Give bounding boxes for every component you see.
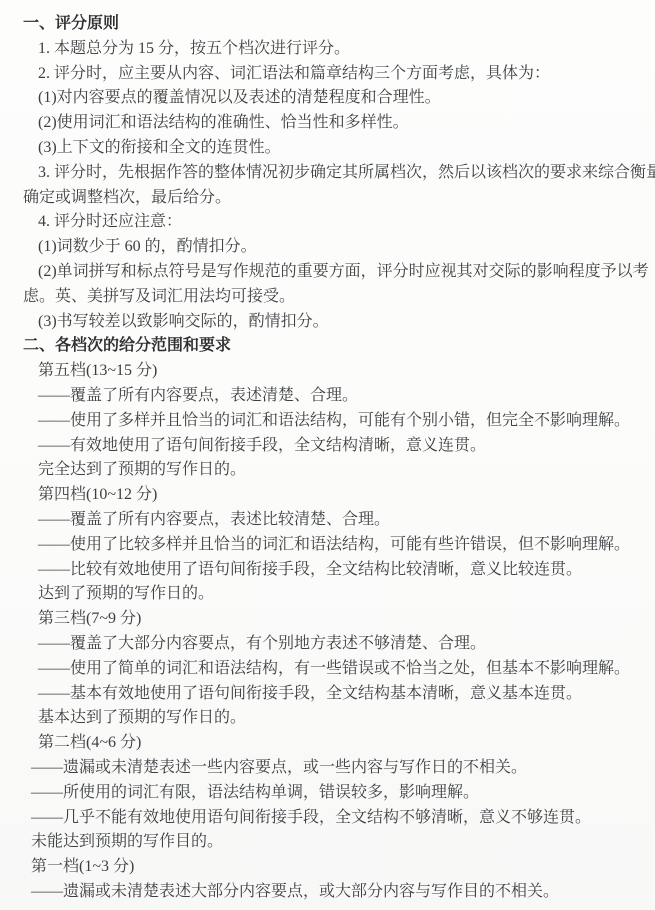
text-line: (3)书写较差以致影响交际的，酌情扣分。 [23, 310, 637, 335]
text-line: ——所使用的词汇有限，语法结构单调，错误较多，影响理解。 [23, 781, 637, 806]
text-line: 第一档(1~3 分) [23, 855, 637, 880]
text-line: ——比较有效地使用了语句间衔接手段，全文结构比较清晰，意义比较连贯。 [23, 558, 637, 583]
document-content: 一、评分原则1. 本题总分为 15 分，按五个档次进行评分。2. 评分时，应主要… [23, 12, 637, 905]
text-line: 未能达到预期的写作目的。 [23, 830, 637, 855]
text-line: 完全达到了预期的写作日的。 [23, 458, 637, 483]
text-line: 达到了预期的写作日的。 [23, 582, 637, 607]
text-line: (2)单词拼写和标点符号是写作规范的重要方面，评分时应视其对交际的影响程度予以考 [23, 260, 637, 285]
text-line: ——覆盖了所有内容要点，表述比较清楚、合理。 [23, 508, 637, 533]
text-line: ——覆盖了所有内容要点，表述清楚、合理。 [23, 384, 637, 409]
section-heading: 一、评分原则 [23, 12, 637, 37]
text-line: (3)上下文的衔接和全文的连贯性。 [23, 136, 637, 161]
text-line: 确定或调整档次，最后给分。 [23, 186, 637, 211]
text-line: ——覆盖了大部分内容要点，有个别地方表述不够清楚、合理。 [23, 632, 637, 657]
text-line: 第三档(7~9 分) [23, 607, 637, 632]
section-heading: 二、各档次的给分范围和要求 [23, 334, 637, 359]
text-line: 第四档(10~12 分) [23, 483, 637, 508]
text-line: ——使用了简单的词汇和语法结构，有一些错误或不恰当之处，但基本不影响理解。 [23, 657, 637, 682]
text-line: ——使用了多样并且恰当的词汇和语法结构，可能有个别小错，但完全不影响理解。 [23, 409, 637, 434]
text-line: ——遗漏或未清楚表述一些内容要点，或一些内容与写作日的不相关。 [23, 756, 637, 781]
text-line: ——基本有效地使用了语句间衔接手段，全文结构基本清晰，意义基本连贯。 [23, 682, 637, 707]
text-line: 1. 本题总分为 15 分，按五个档次进行评分。 [23, 37, 637, 62]
text-line: ——几乎不能有效地使用语句间衔接手段，全文结构不够清晰，意义不够连贯。 [23, 806, 637, 831]
text-line: (1)词数少于 60 的，酌情扣分。 [23, 235, 637, 260]
text-line: (2)使用词汇和语法结构的准确性、恰当性和多样性。 [23, 111, 637, 136]
text-line: ——使用了比较多样并且恰当的词汇和语法结构，可能有些许错误，但不影响理解。 [23, 533, 637, 558]
text-line: 3. 评分时，先根据作答的整体情况初步确定其所属档次，然后以该档次的要求来综合衡… [23, 161, 637, 186]
text-line: 第二档(4~6 分) [23, 731, 637, 756]
text-line: (1)对内容要点的覆盖情况以及表述的清楚程度和合理性。 [23, 86, 637, 111]
text-line: 4. 评分时还应注意： [23, 210, 637, 235]
document-page: 一、评分原则1. 本题总分为 15 分，按五个档次进行评分。2. 评分时，应主要… [0, 0, 655, 910]
text-line: ——遗漏或未清楚表述大部分内容要点，或大部分内容与写作目的不相关。 [23, 880, 637, 905]
text-line: ——有效地使用了语句间衔接手段，全文结构清晰，意义连贯。 [23, 434, 637, 459]
text-line: 2. 评分时，应主要从内容、词汇语法和篇章结构三个方面考虑，具体为： [23, 62, 637, 87]
text-line: 第五档(13~15 分) [23, 359, 637, 384]
text-line: 虑。英、美拼写及词汇用法均可接受。 [23, 285, 637, 310]
text-line: 基本达到了预期的写作日的。 [23, 706, 637, 731]
